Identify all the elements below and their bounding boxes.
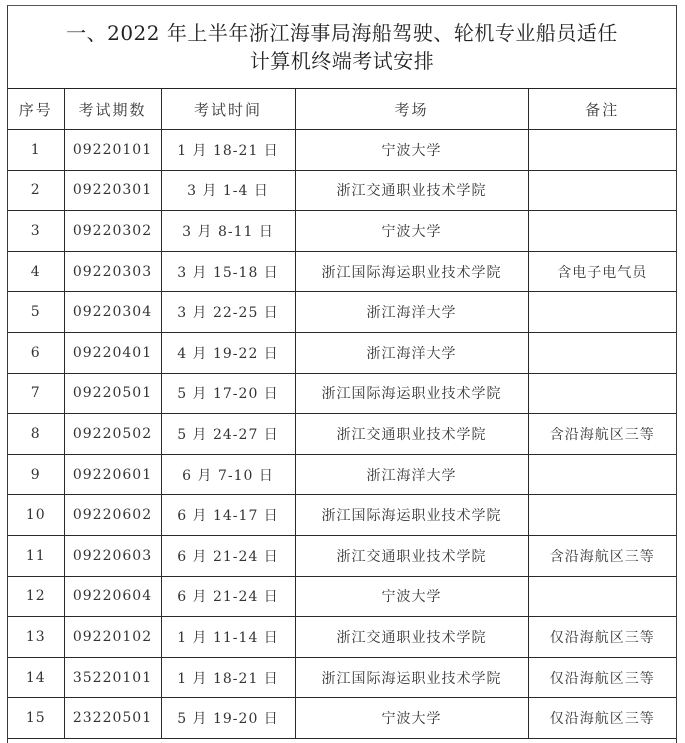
- cell-remarks: 仅沿海航区三等: [528, 698, 676, 739]
- header-exam-period: 考试期数: [64, 89, 161, 130]
- table-row: 14 35220101 1 月 18-21 日 浙江国际海运职业技术学院 仅沿海…: [8, 657, 676, 698]
- exam-schedule-document: 一、2022 年上半年浙江海事局海船驾驶、轮机专业船员适任 计算机终端考试安排 …: [7, 5, 677, 743]
- table-row: 12 09220604 6 月 21-24 日 宁波大学: [8, 576, 676, 617]
- cell-venue: 浙江国际海运职业技术学院: [295, 251, 528, 292]
- cell-exam-period: 09220302: [64, 211, 161, 252]
- cell-index: 11: [8, 536, 64, 577]
- table-row: 4 09220303 3 月 15-18 日 浙江国际海运职业技术学院 含电子电…: [8, 251, 676, 292]
- table-row: 8 09220502 5 月 24-27 日 浙江交通职业技术学院 含沿海航区三…: [8, 414, 676, 455]
- table-row: 13 09220102 1 月 11-14 日 浙江交通职业技术学院 仅沿海航区…: [8, 617, 676, 658]
- cell-venue: 宁波大学: [295, 130, 528, 171]
- cell-remarks: 仅沿海航区三等: [528, 657, 676, 698]
- header-exam-time: 考试时间: [161, 89, 295, 130]
- cell-exam-time: 6 月 21-24 日: [161, 536, 295, 577]
- cell-exam-period: 09220304: [64, 292, 161, 333]
- table-row: 6 09220401 4 月 19-22 日 浙江海洋大学: [8, 333, 676, 374]
- cell-exam-time: 6 月 21-24 日: [161, 576, 295, 617]
- cell-exam-period: 09220303: [64, 251, 161, 292]
- header-index: 序号: [8, 89, 64, 130]
- cell-exam-period: 09220102: [64, 617, 161, 658]
- table-row: 1 09220101 1 月 18-21 日 宁波大学: [8, 130, 676, 171]
- cell-index: 1: [8, 130, 64, 171]
- table-continuation: [8, 739, 676, 743]
- cell-exam-period: 09220401: [64, 333, 161, 374]
- cell-exam-time: 1 月 18-21 日: [161, 657, 295, 698]
- cell-exam-time: 5 月 24-27 日: [161, 414, 295, 455]
- cell-index: 10: [8, 495, 64, 536]
- cell-venue: 浙江国际海运职业技术学院: [295, 373, 528, 414]
- header-row: 序号 考试期数 考试时间 考场 备注: [8, 89, 676, 130]
- cell-venue: 宁波大学: [295, 698, 528, 739]
- cell-remarks: [528, 292, 676, 333]
- cell-exam-period: 35220101: [64, 657, 161, 698]
- cell-index: 4: [8, 251, 64, 292]
- cell-remarks: [528, 373, 676, 414]
- cell-exam-time: 3 月 22-25 日: [161, 292, 295, 333]
- cell-index: 5: [8, 292, 64, 333]
- table-row: 11 09220603 6 月 21-24 日 浙江交通职业技术学院 含沿海航区…: [8, 536, 676, 577]
- exam-schedule-table: 序号 考试期数 考试时间 考场 备注 1 09220101 1 月 18-21 …: [8, 89, 676, 739]
- table-row: 5 09220304 3 月 22-25 日 浙江海洋大学: [8, 292, 676, 333]
- header-venue: 考场: [295, 89, 528, 130]
- title-line-2: 计算机终端考试安排: [250, 47, 435, 75]
- cell-venue: 浙江海洋大学: [295, 454, 528, 495]
- cell-venue: 宁波大学: [295, 576, 528, 617]
- cell-venue: 浙江交通职业技术学院: [295, 536, 528, 577]
- cell-exam-time: 3 月 1-4 日: [161, 170, 295, 211]
- cell-remarks: [528, 170, 676, 211]
- cell-exam-time: 3 月 15-18 日: [161, 251, 295, 292]
- cell-remarks: [528, 495, 676, 536]
- cell-exam-period: 09220603: [64, 536, 161, 577]
- cell-index: 6: [8, 333, 64, 374]
- cell-index: 8: [8, 414, 64, 455]
- cell-index: 9: [8, 454, 64, 495]
- cell-exam-time: 5 月 17-20 日: [161, 373, 295, 414]
- table-body: 1 09220101 1 月 18-21 日 宁波大学 2 09220301 3…: [8, 130, 676, 739]
- cell-exam-period: 09220101: [64, 130, 161, 171]
- cell-venue: 浙江海洋大学: [295, 292, 528, 333]
- cell-exam-period: 09220502: [64, 414, 161, 455]
- cell-exam-period: 23220501: [64, 698, 161, 739]
- cell-exam-period: 09220601: [64, 454, 161, 495]
- table-row: 3 09220302 3 月 8-11 日 宁波大学: [8, 211, 676, 252]
- cell-venue: 浙江交通职业技术学院: [295, 617, 528, 658]
- cell-remarks: [528, 454, 676, 495]
- cell-venue: 浙江交通职业技术学院: [295, 414, 528, 455]
- table-row: 7 09220501 5 月 17-20 日 浙江国际海运职业技术学院: [8, 373, 676, 414]
- table-header: 序号 考试期数 考试时间 考场 备注: [8, 89, 676, 130]
- cell-venue: 浙江国际海运职业技术学院: [295, 495, 528, 536]
- title-line-1: 一、2022 年上半年浙江海事局海船驾驶、轮机专业船员适任: [66, 19, 618, 47]
- cell-exam-time: 6 月 7-10 日: [161, 454, 295, 495]
- cell-remarks: [528, 130, 676, 171]
- cell-venue: 浙江交通职业技术学院: [295, 170, 528, 211]
- cell-exam-time: 5 月 19-20 日: [161, 698, 295, 739]
- cell-index: 7: [8, 373, 64, 414]
- cell-exam-time: 1 月 18-21 日: [161, 130, 295, 171]
- cell-venue: 浙江海洋大学: [295, 333, 528, 374]
- table-row: 15 23220501 5 月 19-20 日 宁波大学 仅沿海航区三等: [8, 698, 676, 739]
- cell-remarks: [528, 333, 676, 374]
- cell-exam-time: 6 月 14-17 日: [161, 495, 295, 536]
- header-remarks: 备注: [528, 89, 676, 130]
- title-block: 一、2022 年上半年浙江海事局海船驾驶、轮机专业船员适任 计算机终端考试安排: [8, 6, 676, 89]
- table-row: 9 09220601 6 月 7-10 日 浙江海洋大学: [8, 454, 676, 495]
- cell-remarks: 仅沿海航区三等: [528, 617, 676, 658]
- cell-exam-period: 09220501: [64, 373, 161, 414]
- cell-exam-time: 1 月 11-14 日: [161, 617, 295, 658]
- cell-remarks: 含电子电气员: [528, 251, 676, 292]
- cell-remarks: [528, 576, 676, 617]
- cell-exam-period: 09220602: [64, 495, 161, 536]
- cell-remarks: [528, 211, 676, 252]
- table-row: 2 09220301 3 月 1-4 日 浙江交通职业技术学院: [8, 170, 676, 211]
- cell-venue: 浙江国际海运职业技术学院: [295, 657, 528, 698]
- cell-index: 2: [8, 170, 64, 211]
- cell-venue: 宁波大学: [295, 211, 528, 252]
- cell-exam-period: 09220301: [64, 170, 161, 211]
- cell-remarks: 含沿海航区三等: [528, 536, 676, 577]
- cell-exam-time: 3 月 8-11 日: [161, 211, 295, 252]
- cell-exam-time: 4 月 19-22 日: [161, 333, 295, 374]
- cell-index: 15: [8, 698, 64, 739]
- cell-index: 3: [8, 211, 64, 252]
- cell-remarks: 含沿海航区三等: [528, 414, 676, 455]
- cell-index: 12: [8, 576, 64, 617]
- cell-index: 14: [8, 657, 64, 698]
- table-row: 10 09220602 6 月 14-17 日 浙江国际海运职业技术学院: [8, 495, 676, 536]
- cell-exam-period: 09220604: [64, 576, 161, 617]
- cell-index: 13: [8, 617, 64, 658]
